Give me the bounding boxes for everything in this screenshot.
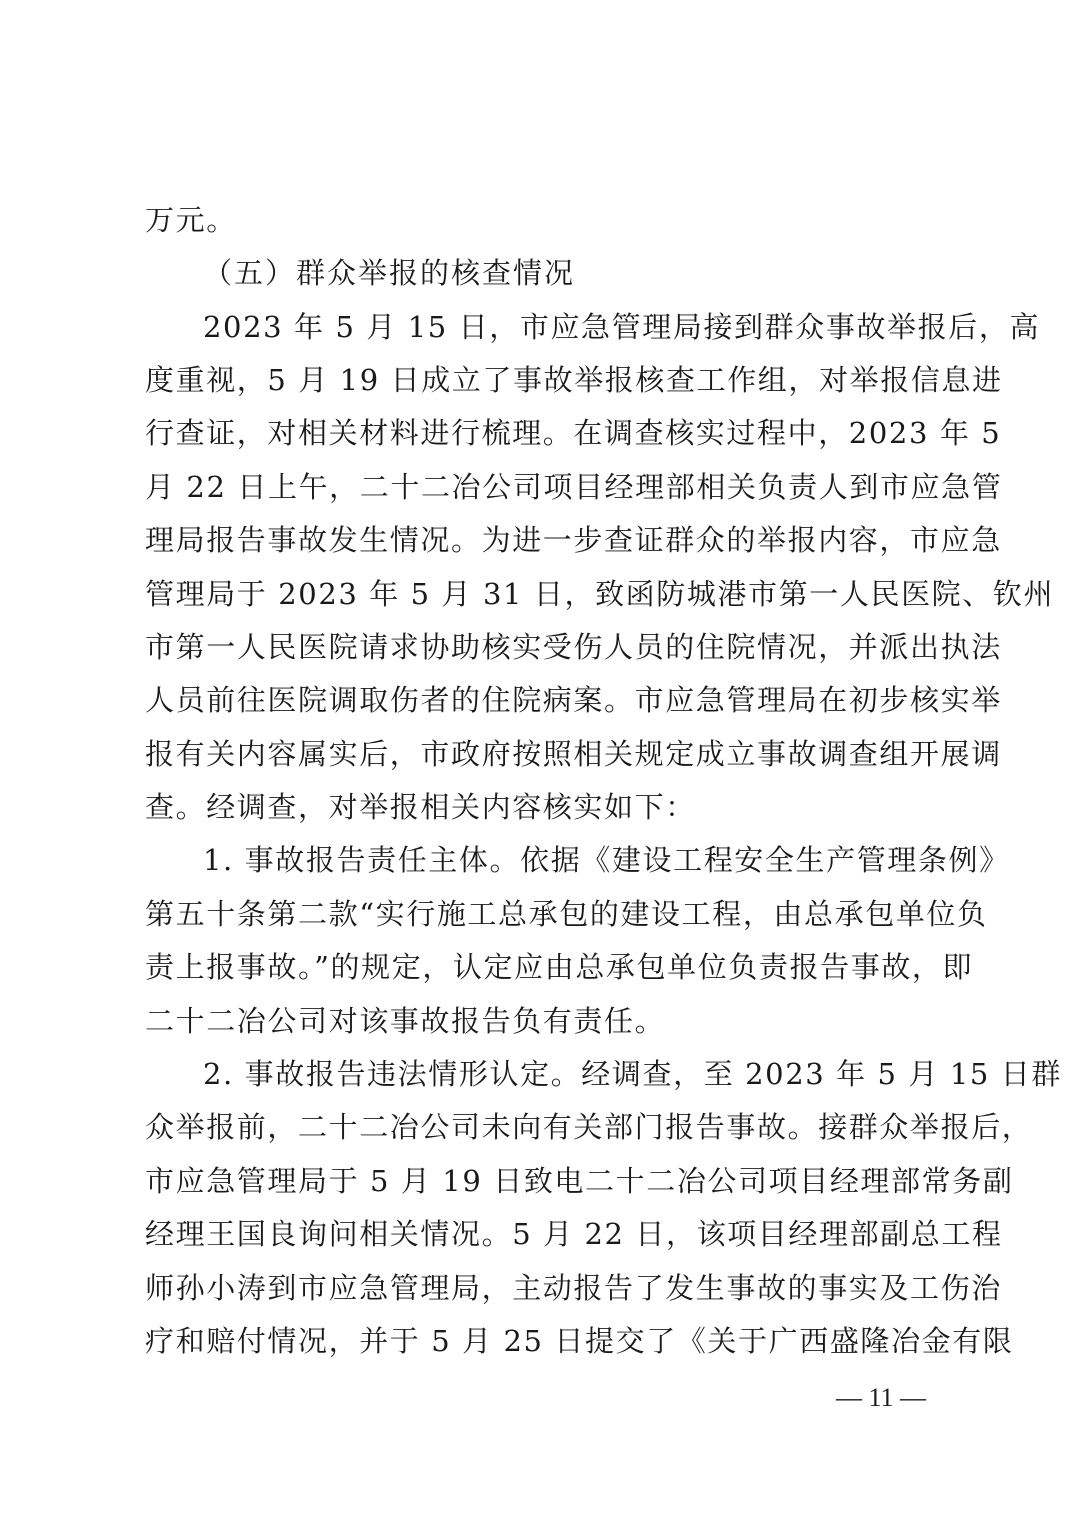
paragraph-line: 经理王国良询问相关情况。5 月 22 日，该项目经理部副总工程 [145, 1207, 940, 1261]
paragraph-line: 责上报事故。”的规定，认定应由总承包单位负责报告事故，即 [145, 940, 940, 994]
paragraph-line: 人员前往医院调取伤者的住院病案。市应急管理局在初步核实举 [145, 673, 940, 727]
paragraph-line: 市应急管理局于 5 月 19 日致电二十二冶公司项目经理部常务副 [145, 1154, 940, 1208]
paragraph-line: 2023 年 5 月 15 日，市应急管理局接到群众事故举报后，高 [203, 300, 940, 354]
paragraph-line: 众举报前，二十二冶公司未向有关部门报告事故。接群众举报后， [145, 1100, 940, 1154]
paragraph-line: 市第一人民医院请求协助核实受伤人员的住院情况，并派出执法 [145, 620, 940, 674]
paragraph-line: 月 22 日上午，二十二冶公司项目经理部相关负责人到市应急管 [145, 460, 940, 514]
page-number: — 11 — [836, 1378, 926, 1418]
paragraph-line: 疗和赔付情况，并于 5 月 25 日提交了《关于广西盛隆冶金有限 [145, 1314, 940, 1368]
carryover-line: 万元。 [145, 193, 940, 247]
paragraph-line: 2. 事故报告违法情形认定。经调查，至 2023 年 5 月 15 日群 [203, 1047, 940, 1101]
section-heading: （五）群众举报的核查情况 [203, 246, 575, 300]
paragraph-line: 1. 事故报告责任主体。依据《建设工程安全生产管理条例》 [203, 833, 940, 887]
document-page: 万元。 （五）群众举报的核查情况 2023 年 5 月 15 日，市应急管理局接… [0, 0, 1074, 1520]
paragraph-line: 第五十条第二款“实行施工总承包的建设工程，由总承包单位负 [145, 887, 940, 941]
paragraph-line: 二十二冶公司对该事故报告负有责任。 [145, 994, 940, 1048]
paragraph-line: 度重视，5 月 19 日成立了事故举报核查工作组，对举报信息进 [145, 353, 940, 407]
paragraph-line: 管理局于 2023 年 5 月 31 日，致函防城港市第一人民医院、钦州 [145, 567, 940, 621]
paragraph-line: 理局报告事故发生情况。为进一步查证群众的举报内容，市应急 [145, 513, 940, 567]
paragraph-line: 查。经调查，对举报相关内容核实如下： [145, 780, 940, 834]
paragraph-line: 行查证，对相关材料进行梳理。在调查核实过程中，2023 年 5 [145, 406, 940, 460]
paragraph-line: 报有关内容属实后，市政府按照相关规定成立事故调查组开展调 [145, 727, 940, 781]
paragraph-line: 师孙小涛到市应急管理局，主动报告了发生事故的事实及工伤治 [145, 1261, 940, 1315]
